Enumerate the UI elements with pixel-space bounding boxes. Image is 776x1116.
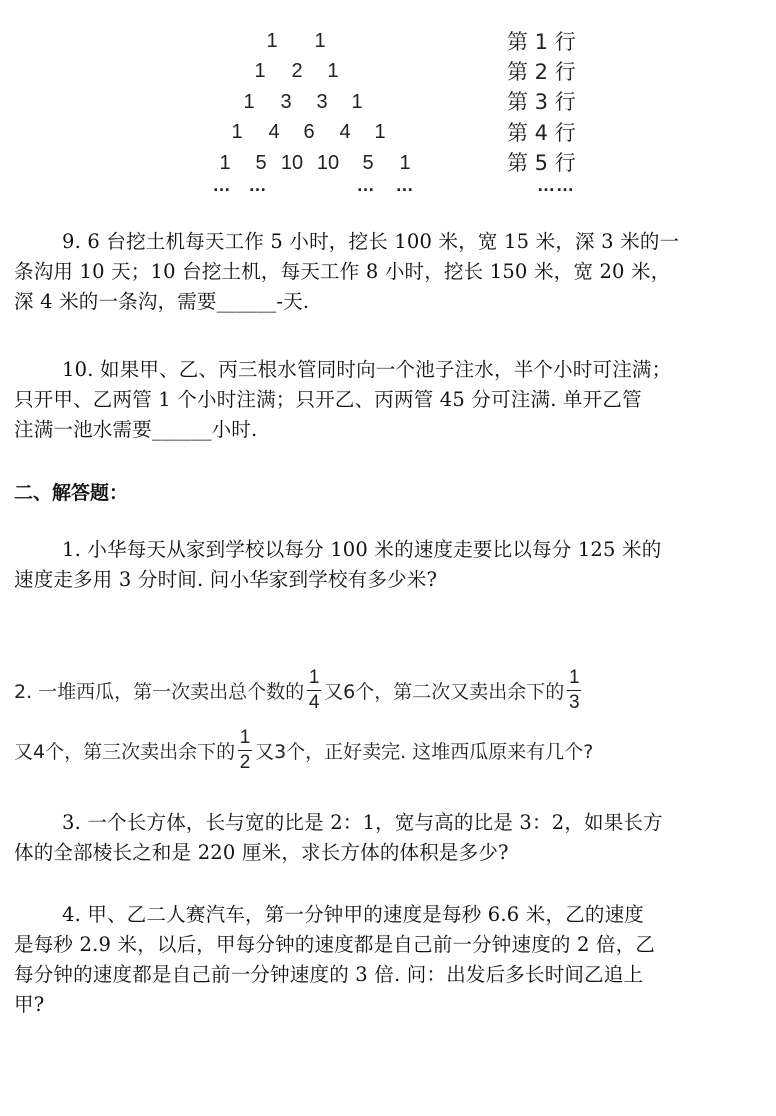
triangle-number: 1 — [266, 30, 277, 53]
triangle-number: 4 — [339, 121, 350, 144]
problem-text-line: 4. 甲、乙二人赛汽车，第一分钟甲的速度是每秒 6.6 米，乙的速度 — [14, 900, 774, 930]
fraction-numerator: 1 — [309, 667, 320, 689]
fraction-denominator: 4 — [309, 692, 320, 714]
problem-text-line: 9. 6 台挖土机每天工作 5 小时，挖长 100 米，宽 15 米，深 3 米… — [14, 227, 774, 257]
problem-text-line: 10. 如果甲、乙、丙三根水管同时向一个池子注水，半个小时可注满； — [14, 355, 774, 385]
row-label: 第 1 行 — [507, 26, 576, 56]
triangle-number: 4 — [268, 121, 279, 144]
section-heading: 二、解答题： — [14, 478, 128, 505]
problem-text-line: 是每秒 2.9 米，以后，甲每分钟的速度都是自己前一分钟速度的 2 倍，乙 — [14, 930, 774, 960]
triangle-number: 1 — [399, 152, 410, 175]
problem-text: 又4个，第三次卖出余下的 — [14, 737, 235, 764]
problem-text-line: 只开甲、乙两管 1 个小时注满；只开乙、丙两管 45 分可注满. 单开乙管 — [14, 385, 774, 415]
problem-text: 2. 一堆西瓜，第一次卖出总个数的 — [14, 677, 304, 704]
triangle-ellipsis: … — [396, 175, 415, 196]
triangle-number: 1 — [327, 60, 338, 83]
fraction-denominator: 3 — [569, 692, 580, 714]
answer-problem-3: 3. 一个长方体，长与宽的比是 2：1，宽与高的比是 3：2，如果长方 体的全部… — [14, 808, 774, 868]
problem-text-line: 甲? — [14, 990, 774, 1020]
fraction-bar — [307, 690, 321, 691]
problem-text-line: 3. 一个长方体，长与宽的比是 2：1，宽与高的比是 3：2，如果长方 — [14, 808, 774, 838]
triangle-number: 1 — [243, 91, 254, 114]
triangle-number: 1 — [374, 121, 385, 144]
problem-text-line: 体的全部棱长之和是 220 厘米，求长方体的体积是多少? — [14, 838, 774, 868]
answer-problem-4: 4. 甲、乙二人赛汽车，第一分钟甲的速度是每秒 6.6 米，乙的速度 是每秒 2… — [14, 900, 774, 1020]
triangle-number: 6 — [303, 121, 314, 144]
problem-text-line: 每分钟的速度都是自己前一分钟速度的 3 倍. 问：出发后多长时间乙追上 — [14, 960, 774, 990]
fraction-bar — [238, 750, 252, 751]
problem-text-line: 速度走多用 3 分时间. 问小华家到学校有多少米? — [14, 565, 774, 595]
row-label: 第 5 行 — [507, 147, 576, 177]
triangle-number: 1 — [351, 91, 362, 114]
pascal-triangle-figure: 1 1 1 2 1 1 3 3 1 1 4 6 4 1 1 5 10 10 5 … — [0, 0, 776, 210]
fraction-numerator: 1 — [240, 727, 251, 749]
triangle-number: 5 — [255, 152, 266, 175]
problem-text-line: 1. 小华每天从家到学校以每分 100 米的速度走要比以每分 125 米的 — [14, 535, 774, 565]
triangle-number: 5 — [362, 152, 373, 175]
problem-text: 又6个，第二次又卖出余下的 — [324, 677, 564, 704]
fraction-bar — [567, 690, 581, 691]
fraction: 1 4 — [307, 667, 321, 714]
triangle-number: 10 — [281, 152, 303, 175]
triangle-ellipsis: … — [213, 175, 232, 196]
answer-problem-1: 1. 小华每天从家到学校以每分 100 米的速度走要比以每分 125 米的 速度… — [14, 535, 774, 595]
row-label: 第 3 行 — [507, 86, 576, 116]
triangle-number: 1 — [219, 152, 230, 175]
problem-text-line: 条沟用 10 天；10 台挖土机，每天工作 8 小时，挖长 150 米，宽 20… — [14, 257, 774, 287]
triangle-number: 3 — [280, 91, 291, 114]
row-label: 第 2 行 — [507, 56, 576, 86]
triangle-number: 1 — [314, 30, 325, 53]
fraction: 1 3 — [567, 667, 581, 714]
problem-text-line: 深 4 米的一条沟，需要______-天. — [14, 287, 774, 317]
triangle-ellipsis: … — [249, 175, 268, 196]
triangle-number: 3 — [316, 91, 327, 114]
triangle-ellipsis: … — [357, 175, 376, 196]
fraction-denominator: 2 — [240, 752, 251, 774]
triangle-number: 1 — [231, 121, 242, 144]
triangle-number: 10 — [317, 152, 339, 175]
row-label: 第 4 行 — [507, 117, 576, 147]
problem-text-line: 注满一池水需要______小时. — [14, 415, 774, 445]
problem-10: 10. 如果甲、乙、丙三根水管同时向一个池子注水，半个小时可注满； 只开甲、乙两… — [14, 355, 774, 445]
fraction: 1 2 — [238, 727, 252, 774]
problem-9: 9. 6 台挖土机每天工作 5 小时，挖长 100 米，宽 15 米，深 3 米… — [14, 227, 774, 317]
problem-text: 又3个，正好卖完. 这堆西瓜原来有几个? — [255, 737, 593, 764]
labels-ellipsis: …… — [537, 175, 575, 196]
triangle-number: 1 — [254, 60, 265, 83]
fraction-numerator: 1 — [569, 667, 580, 689]
triangle-number: 2 — [291, 60, 302, 83]
